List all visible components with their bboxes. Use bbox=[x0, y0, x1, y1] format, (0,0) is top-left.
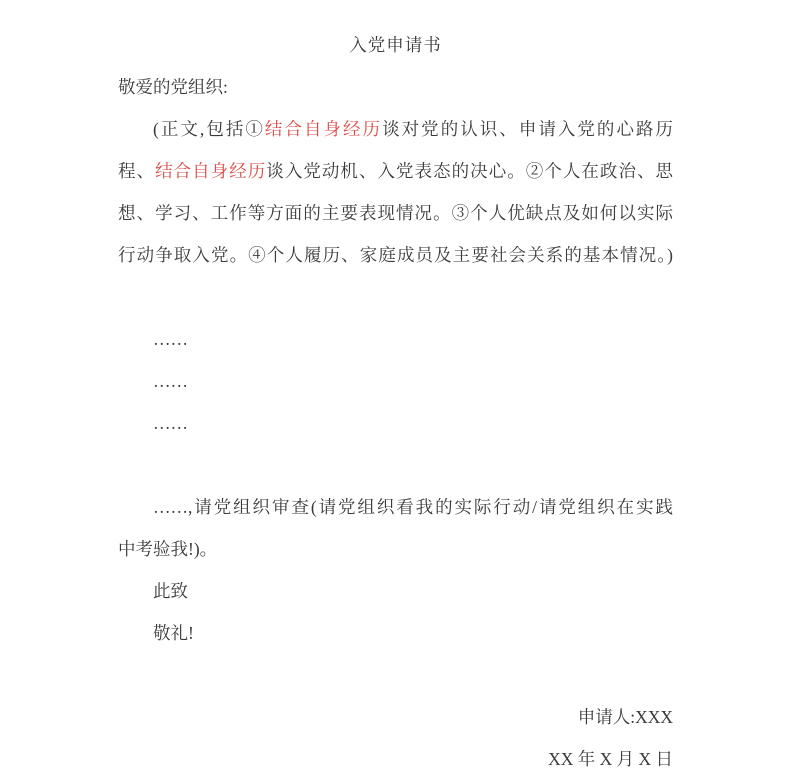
text-segment: 谈对党的认识、申请入党的心路历 bbox=[382, 119, 673, 139]
ellipsis-line: …… bbox=[118, 402, 673, 444]
highlighted-segment: 结合自身经历 bbox=[155, 161, 266, 181]
closing-line-1: ……,请党组织审查(请党组织看我的实际行动/请党组织在实践 bbox=[118, 486, 673, 528]
signature-applicant-line: 申请人:XXX bbox=[118, 696, 673, 738]
highlighted-segment: 结合自身经历 bbox=[265, 119, 382, 139]
salutation-line: 敬爱的党组织: bbox=[118, 66, 673, 108]
ellipsis-line: …… bbox=[118, 360, 673, 402]
document-page: 入党申请书 敬爱的党组织: (正文,包括①结合自身经历谈对党的认识、申请入党的心… bbox=[118, 0, 673, 780]
salute-close-line: 敬礼! bbox=[118, 612, 673, 654]
salute-line: 此致 bbox=[118, 570, 673, 612]
ellipsis-line: …… bbox=[118, 318, 673, 360]
text-segment: 谈入党动机、入党表态的决心。②个人在政治、思 bbox=[266, 161, 673, 181]
text-segment: (正文,包括① bbox=[153, 119, 265, 139]
body-line-4: 行动争取入党。④个人履历、家庭成员及主要社会关系的基本情况。) bbox=[118, 234, 673, 276]
document-title: 入党申请书 bbox=[118, 24, 673, 66]
text-segment: 程、 bbox=[118, 161, 155, 181]
body-line-3: 想、学习、工作等方面的主要表现情况。③个人优缺点及如何以实际 bbox=[118, 192, 673, 234]
blank-line bbox=[118, 654, 673, 696]
signature-date-line: XX 年 X 月 X 日 bbox=[118, 738, 673, 780]
body-line-1: (正文,包括①结合自身经历谈对党的认识、申请入党的心路历 bbox=[118, 108, 673, 150]
body-line-2: 程、结合自身经历谈入党动机、入党表态的决心。②个人在政治、思 bbox=[118, 150, 673, 192]
blank-line bbox=[118, 444, 673, 486]
closing-line-2: 中考验我!)。 bbox=[118, 528, 673, 570]
blank-line bbox=[118, 276, 673, 318]
